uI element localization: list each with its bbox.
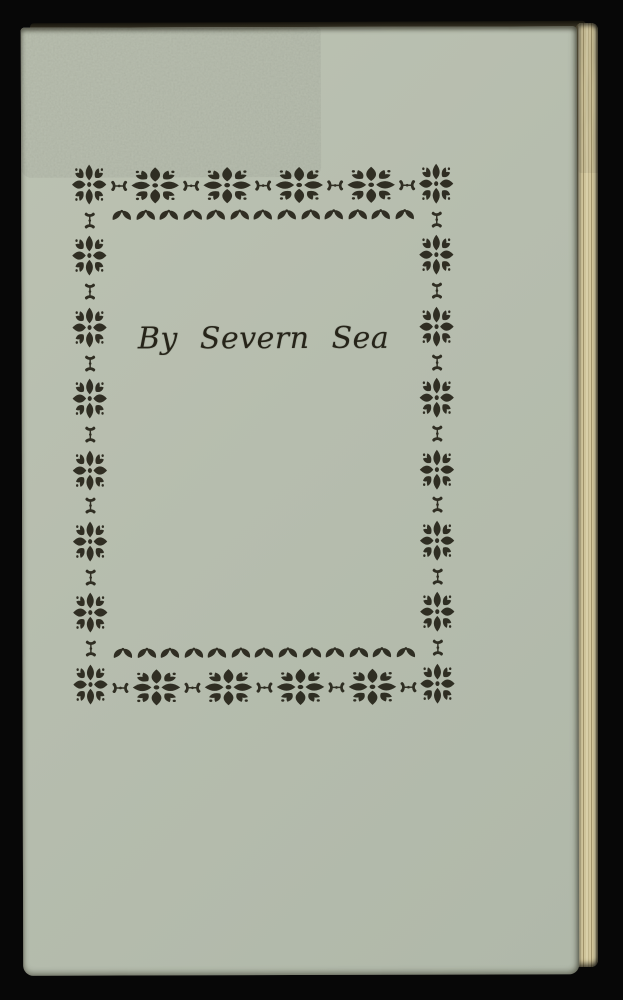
fleuron-rosette-icon <box>419 520 455 562</box>
fleuron-rosette-icon <box>72 378 108 420</box>
fleuron-leaf-icon <box>323 208 344 221</box>
border-left-column <box>71 164 108 706</box>
fore-edge-texture <box>578 23 623 173</box>
fleuron-vlink-icon <box>83 424 96 444</box>
book-cover: By Severn Sea <box>21 26 579 975</box>
paper-grain-texture <box>21 27 321 178</box>
fleuron-vlink-icon <box>430 424 443 444</box>
fleuron-vlink-icon <box>431 638 444 658</box>
fleuron-leaf-icon <box>325 646 346 659</box>
fleuron-leaf-icon <box>253 208 274 221</box>
fleuron-vlink-icon <box>430 495 443 515</box>
border-bottom-outer-row <box>110 667 418 708</box>
fleuron-link-icon <box>181 179 201 192</box>
fleuron-rosette-icon <box>274 166 324 204</box>
page-title: By Severn Sea <box>110 321 418 358</box>
fleuron-leaf-icon <box>111 208 132 221</box>
fleuron-vlink-icon <box>431 566 444 586</box>
fleuron-link-icon <box>110 681 130 694</box>
fleuron-vlink-icon <box>83 496 96 516</box>
fleuron-rosette-icon <box>419 377 455 419</box>
fleuron-rosette-icon <box>203 668 253 706</box>
fleuron-rosette-icon <box>72 592 108 634</box>
fleuron-rosette-icon <box>131 668 181 706</box>
border-right-column <box>418 163 455 705</box>
fleuron-leaf-icon <box>136 646 157 659</box>
fleuron-leaf-icon <box>394 208 415 221</box>
fleuron-vlink-icon <box>84 639 97 659</box>
fleuron-rosette-icon <box>347 668 397 706</box>
border-top-inner-row <box>111 207 415 223</box>
fleuron-leaf-icon <box>301 646 322 659</box>
fleuron-rosette-icon <box>275 668 325 706</box>
fleuron-vlink-icon <box>83 353 96 373</box>
book-fore-edge-pages <box>576 23 598 967</box>
fleuron-rosette-icon <box>71 306 107 348</box>
fleuron-leaf-icon <box>348 646 369 659</box>
fleuron-leaf-icon <box>182 208 203 221</box>
fleuron-leaf-icon <box>347 208 368 221</box>
fleuron-rosette-icon <box>72 663 108 705</box>
fleuron-leaf-icon <box>276 208 297 221</box>
fleuron-leaf-icon <box>183 646 204 659</box>
fleuron-rosette-icon <box>71 235 107 277</box>
fleuron-rosette-icon <box>418 305 454 347</box>
fleuron-link-icon <box>398 680 418 693</box>
fleuron-leaf-icon <box>112 646 133 659</box>
border-top-outer-row <box>109 165 417 206</box>
fleuron-link-icon <box>325 178 345 191</box>
fleuron-leaf-icon <box>135 208 156 221</box>
fleuron-rosette-icon <box>418 163 454 205</box>
fleuron-leaf-icon <box>395 646 416 659</box>
fleuron-rosette-icon <box>419 591 455 633</box>
fleuron-leaf-icon <box>160 646 181 659</box>
fleuron-rosette-icon <box>72 449 108 491</box>
fleuron-link-icon <box>397 178 417 191</box>
fleuron-rosette-icon <box>419 662 455 704</box>
fleuron-leaf-icon <box>230 646 251 659</box>
border-bottom-inner-row <box>112 645 416 661</box>
fleuron-rosette-icon <box>419 448 455 490</box>
fleuron-leaf-icon <box>206 208 227 221</box>
fleuron-rosette-icon <box>130 166 180 204</box>
fleuron-leaf-icon <box>207 646 228 659</box>
fleuron-vlink-icon <box>83 210 96 230</box>
fleuron-rosette-icon <box>72 521 108 563</box>
fleuron-rosette-icon <box>346 166 396 204</box>
fleuron-leaf-icon <box>158 208 179 221</box>
fleuron-vlink-icon <box>84 567 97 587</box>
fleuron-vlink-icon <box>430 352 443 372</box>
fleuron-link-icon <box>326 680 346 693</box>
fleuron-link-icon <box>253 179 273 192</box>
fleuron-link-icon <box>182 681 202 694</box>
fleuron-link-icon <box>109 179 129 192</box>
fleuron-vlink-icon <box>430 209 443 229</box>
photograph-background: By Severn Sea <box>0 0 623 1000</box>
fleuron-leaf-icon <box>229 208 250 221</box>
fleuron-leaf-icon <box>300 208 321 221</box>
fleuron-leaf-icon <box>254 646 275 659</box>
fleuron-vlink-icon <box>430 281 443 301</box>
fleuron-link-icon <box>254 681 274 694</box>
fleuron-leaf-icon <box>372 646 393 659</box>
fleuron-leaf-icon <box>277 646 298 659</box>
fleuron-vlink-icon <box>83 282 96 302</box>
fleuron-rosette-icon <box>418 234 454 276</box>
fleuron-rosette-icon <box>71 164 107 206</box>
fleuron-leaf-icon <box>371 208 392 221</box>
fleuron-rosette-icon <box>202 166 252 204</box>
